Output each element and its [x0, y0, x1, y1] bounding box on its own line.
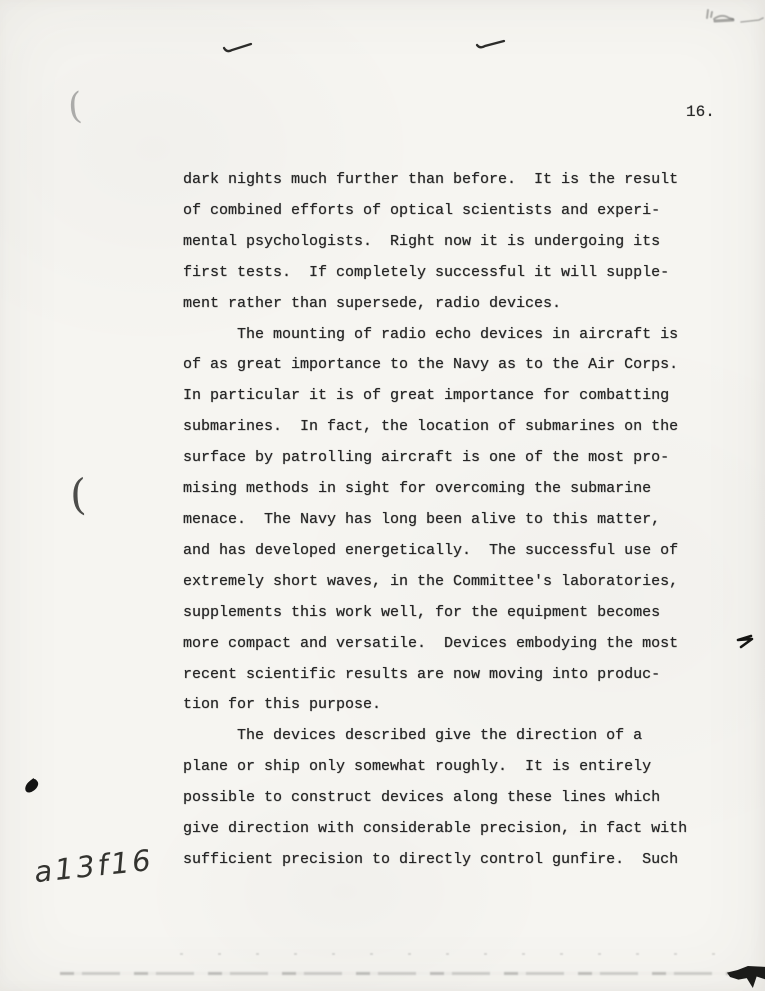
margin-zigzag-mark-icon	[735, 634, 757, 652]
margin-paren-mark: (	[69, 470, 87, 520]
margin-paren-mark: (	[67, 86, 84, 128]
text-line: give direction with considerable precisi…	[183, 814, 723, 845]
document-page: 16. ( ( dark nights much further than be…	[0, 0, 765, 991]
check-dash-mark-icon	[222, 40, 254, 56]
text-line: mising methods in sight for overcoming t…	[183, 474, 723, 505]
text-line: dark nights much further than before. It…	[183, 165, 723, 196]
text-line: submarines. In fact, the location of sub…	[183, 412, 723, 443]
text-line: supplements this work well, for the equi…	[183, 598, 723, 629]
page-number: 16.	[686, 103, 715, 121]
text-line: mental psychologists. Right now it is un…	[183, 227, 723, 258]
text-line: of as great importance to the Navy as to…	[183, 350, 723, 381]
handwritten-annotation: a13f16	[33, 843, 156, 889]
text-line: extremely short waves, in the Committee'…	[183, 567, 723, 598]
text-line: tion for this purpose.	[183, 690, 723, 721]
text-line: surface by patrolling aircraft is one of…	[183, 443, 723, 474]
text-line: possible to construct devices along thes…	[183, 783, 723, 814]
text-line: In particular it is of great importance …	[183, 381, 723, 412]
smudge-mark-icon	[703, 6, 765, 32]
text-line: first tests. If completely successful it…	[183, 258, 723, 289]
check-dash-mark-icon	[475, 36, 507, 52]
ink-blot-mark	[23, 777, 41, 794]
text-line: ment rather than supersede, radio device…	[183, 289, 723, 320]
text-line: of combined efforts of optical scientist…	[183, 196, 723, 227]
text-line: and has developed energetically. The suc…	[183, 536, 723, 567]
text-line: The mounting of radio echo devices in ai…	[183, 320, 723, 351]
text-line: more compact and versatile. Devices embo…	[183, 629, 723, 660]
text-line: The devices described give the direction…	[183, 721, 723, 752]
text-line: sufficient precision to directly control…	[183, 845, 723, 876]
ink-blob-bottom-right	[727, 966, 765, 988]
text-line: menace. The Navy has long been alive to …	[183, 505, 723, 536]
smudge-dots-bottom	[180, 953, 740, 955]
body-text: dark nights much further than before. It…	[183, 165, 723, 876]
smudge-line-bottom	[60, 972, 760, 975]
text-line: plane or ship only somewhat roughly. It …	[183, 752, 723, 783]
text-line: recent scientific results are now moving…	[183, 660, 723, 691]
